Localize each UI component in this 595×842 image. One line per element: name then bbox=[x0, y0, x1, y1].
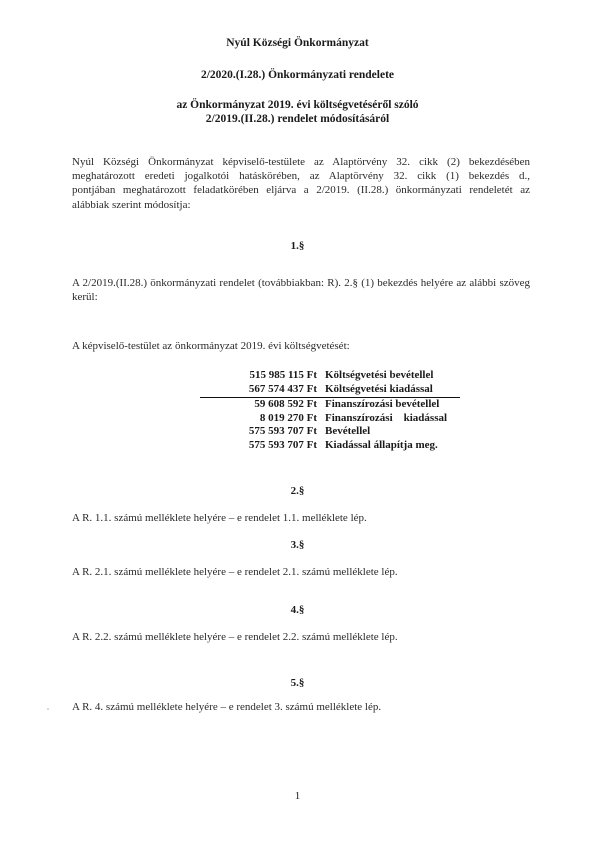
decree-subtitle-line2: 2/2019.(II.28.) rendelet módosításáról bbox=[0, 113, 595, 125]
budget-divider-line bbox=[200, 397, 460, 398]
section-3-text: A R. 2.1. számú melléklete helyére – e r… bbox=[72, 566, 398, 578]
budget-amount: 575 593 707 Ft bbox=[190, 439, 325, 453]
section-5-heading: 5.§ bbox=[0, 677, 595, 689]
section-1-text: A 2/2019.(II.28.) önkormányzati rendelet… bbox=[72, 276, 530, 304]
budget-amount: 8 019 270 Ft bbox=[190, 412, 325, 426]
preamble-line: Nyúl Községi Önkormányzat képviselő-test… bbox=[72, 155, 530, 169]
section-1-line: A 2/2019.(II.28.) önkormányzati rendelet… bbox=[72, 276, 530, 290]
decree-subtitle-line1: az Önkormányzat 2019. évi költségvetésér… bbox=[0, 99, 595, 111]
budget-amount: 515 985 115 Ft bbox=[190, 369, 325, 383]
budget-row: 575 593 707 Ft Bevétellel bbox=[190, 425, 530, 439]
budget-label: Bevétellel bbox=[325, 425, 370, 439]
preamble-paragraph: Nyúl Községi Önkormányzat képviselő-test… bbox=[72, 155, 530, 212]
section-3-heading: 3.§ bbox=[0, 539, 595, 551]
budget-label: Finanszírozási kiadással bbox=[325, 412, 447, 426]
section-4-heading: 4.§ bbox=[0, 604, 595, 616]
section-1-heading: 1.§ bbox=[0, 240, 595, 252]
budget-row: 59 608 592 Ft Finanszírozási bevétellel bbox=[190, 398, 530, 412]
budget-table: 515 985 115 Ft Költségvetési bevétellel … bbox=[190, 369, 530, 453]
section-2-text: A R. 1.1. számú melléklete helyére – e r… bbox=[72, 512, 367, 524]
section-5-text: A R. 4. számú melléklete helyére – e ren… bbox=[72, 701, 381, 713]
section-2-heading: 2.§ bbox=[0, 485, 595, 497]
budget-amount: 575 593 707 Ft bbox=[190, 425, 325, 439]
budget-label: Finanszírozási bevétellel bbox=[325, 398, 439, 412]
budget-amount: 567 574 437 Ft bbox=[190, 383, 325, 397]
budget-intro: A képviselő-testület az önkormányzat 201… bbox=[72, 340, 350, 352]
budget-label: Kiadással állapítja meg. bbox=[325, 439, 438, 453]
budget-row: 515 985 115 Ft Költségvetési bevétellel bbox=[190, 369, 530, 383]
scan-speck bbox=[47, 708, 49, 710]
organization-title: Nyúl Községi Önkormányzat bbox=[0, 37, 595, 49]
preamble-line: meghatározott eredeti jogalkotói hatáskö… bbox=[72, 169, 530, 183]
budget-row: 567 574 437 Ft Költségvetési kiadással bbox=[190, 383, 530, 397]
budget-label: Költségvetési kiadással bbox=[325, 383, 433, 397]
preamble-line: pontjában meghatározott feladatkörében e… bbox=[72, 183, 530, 197]
section-1-line: kerül: bbox=[72, 290, 530, 304]
budget-row: 8 019 270 Ft Finanszírozási kiadással bbox=[190, 412, 530, 426]
preamble-line: alábbiak szerint módosítja: bbox=[72, 198, 530, 212]
budget-row: 575 593 707 Ft Kiadással állapítja meg. bbox=[190, 439, 530, 453]
page-number: 1 bbox=[0, 790, 595, 802]
budget-amount: 59 608 592 Ft bbox=[190, 398, 325, 412]
budget-label: Költségvetési bevétellel bbox=[325, 369, 433, 383]
section-4-text: A R. 2.2. számú melléklete helyére – e r… bbox=[72, 631, 398, 643]
decree-title: 2/2020.(I.28.) Önkormányzati rendelete bbox=[0, 69, 595, 81]
